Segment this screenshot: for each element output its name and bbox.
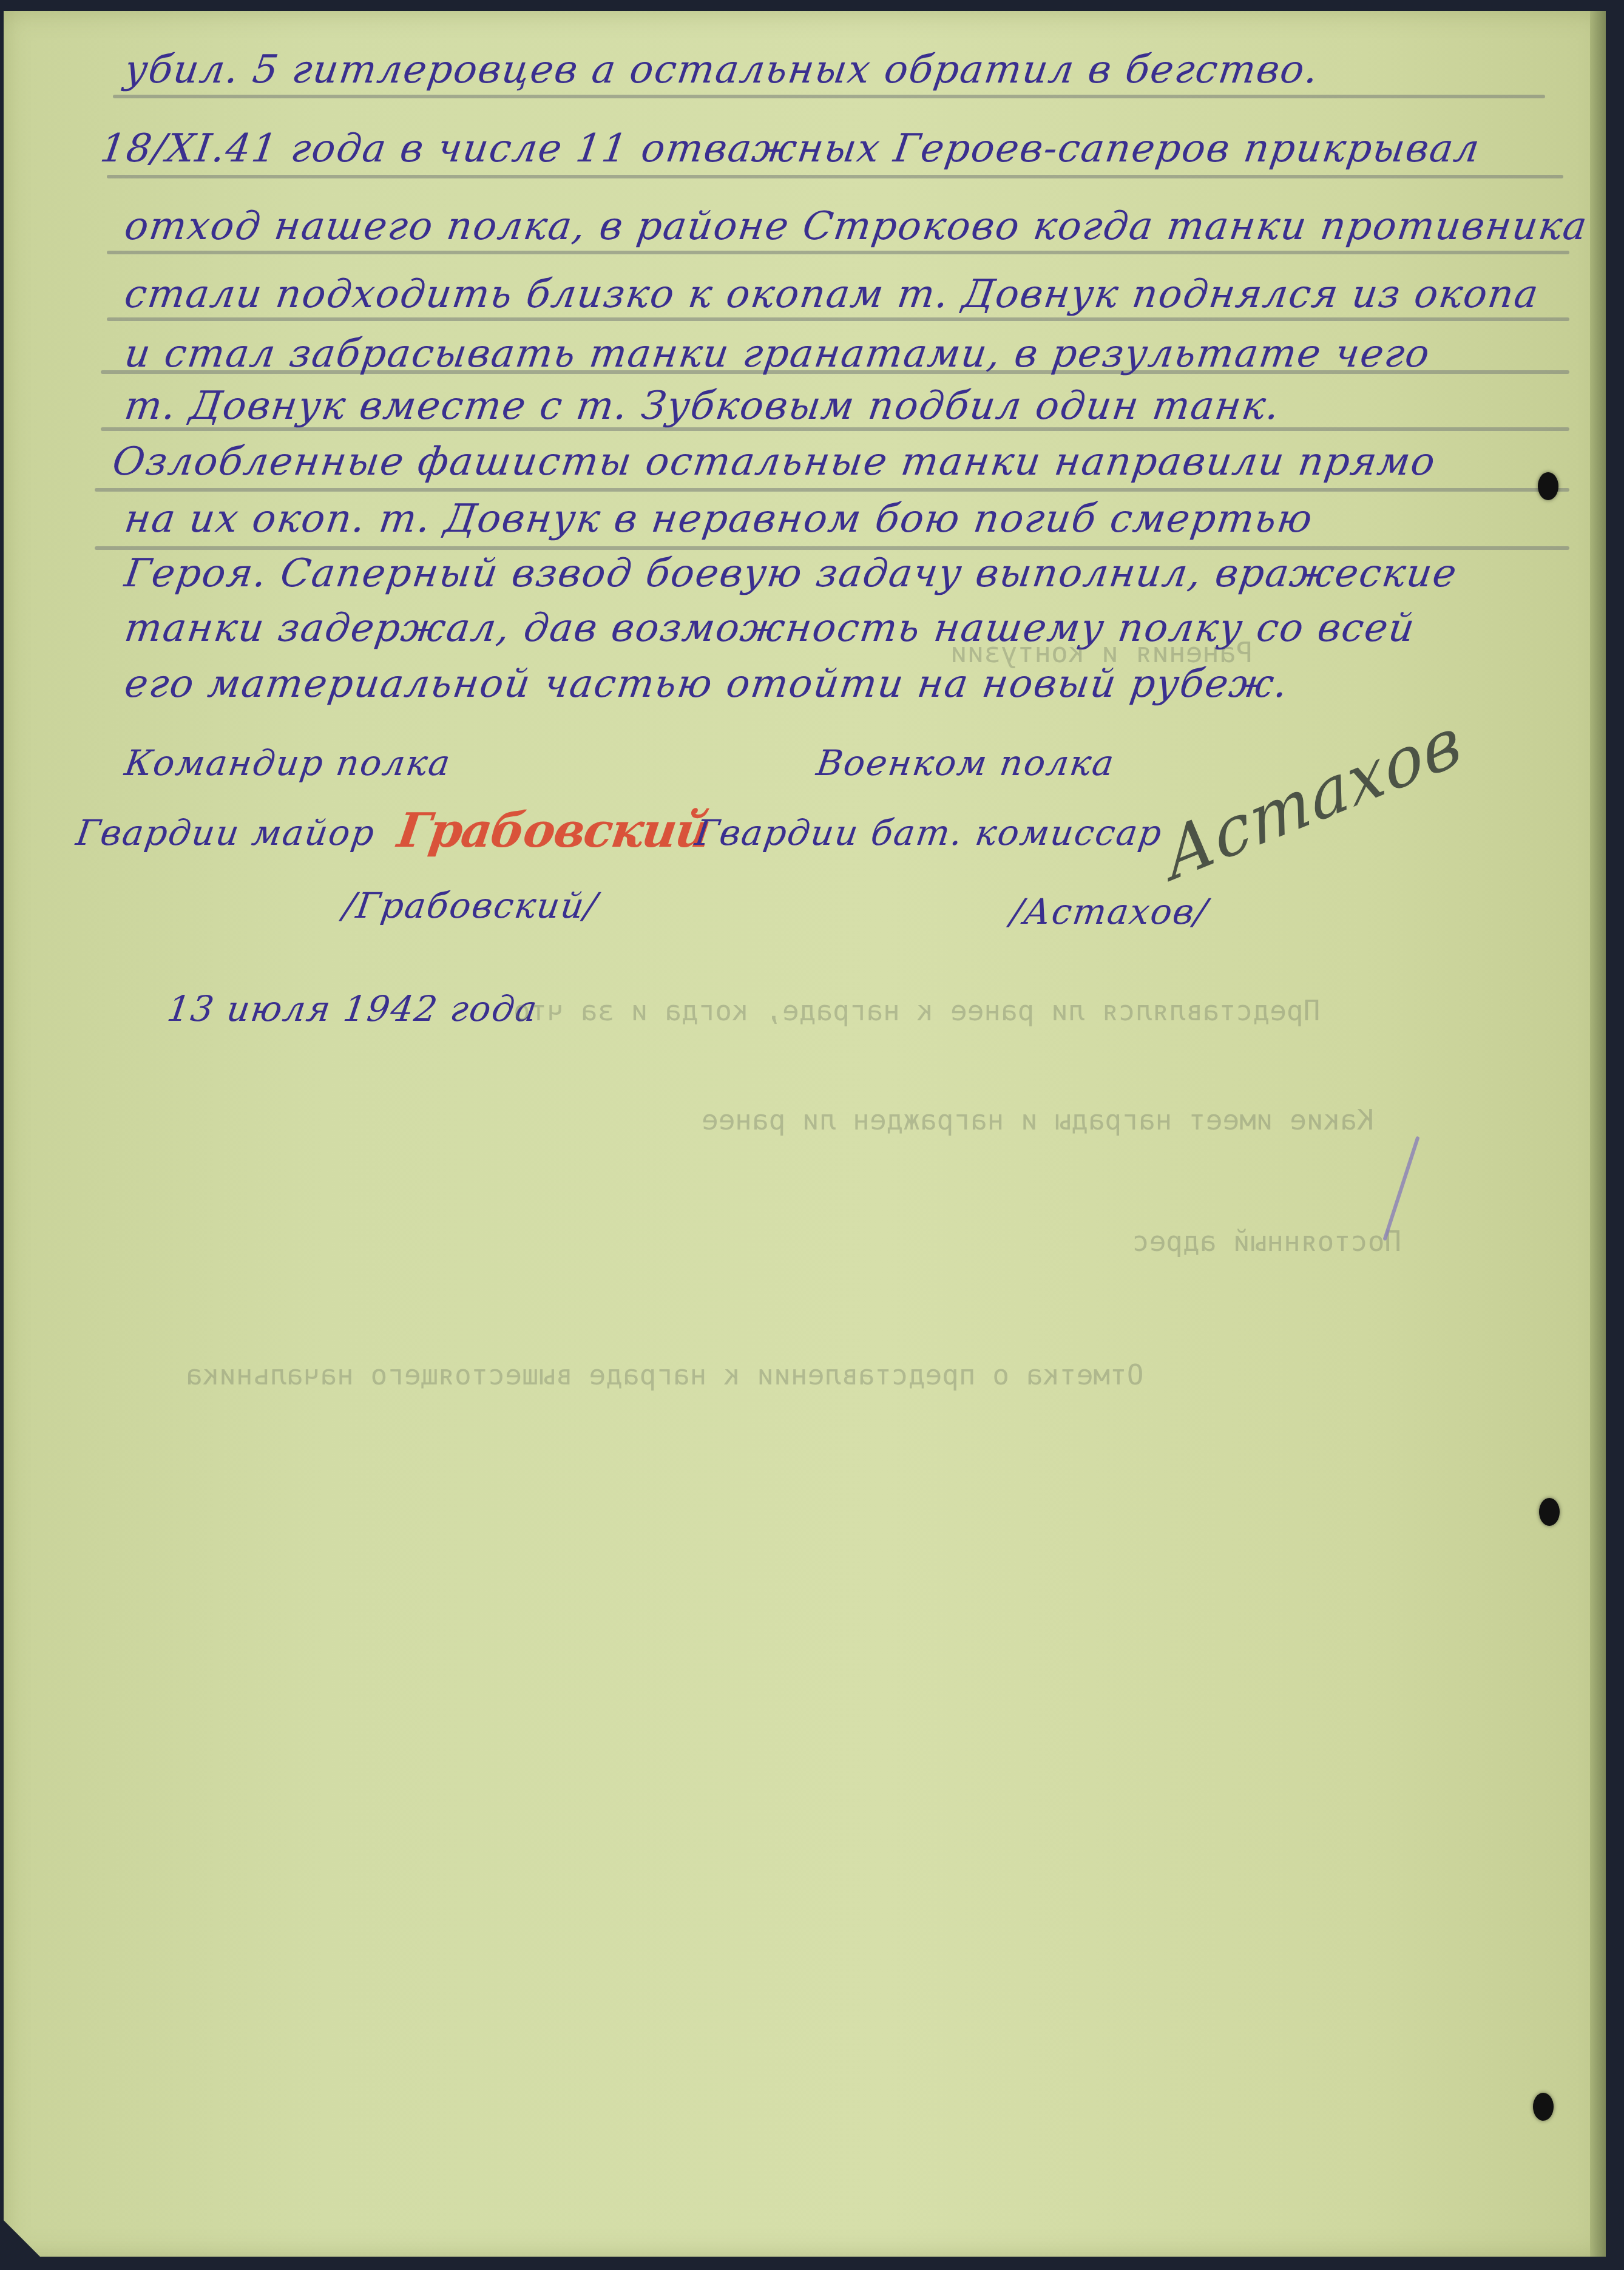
ruled-line	[107, 251, 1569, 254]
right-signature-grey: Астахов	[1159, 700, 1468, 896]
body-line-8: на их окоп. т. Довнук в неравном бою пог…	[122, 496, 1316, 541]
punch-hole	[1533, 2093, 1554, 2121]
ruled-line	[107, 317, 1569, 321]
body-line-3: отход нашего полка, в районе Строково ко…	[122, 204, 1591, 249]
body-line-7: Озлобленные фашисты остальные танки напр…	[110, 439, 1439, 484]
punch-hole	[1538, 472, 1558, 500]
left-signer-title: Командир полка	[122, 742, 453, 784]
body-line-2: 18/XI.41 года в числе 11 отважных Героев…	[98, 126, 1483, 171]
bleed-through-text: Какие имеет награды и награжден ли ранее	[702, 1103, 1374, 1136]
body-line-1: убил. 5 гитлеровцев а остальных обратил …	[122, 47, 1322, 92]
bleed-through-text: Ранения и контузии	[950, 636, 1253, 669]
ruled-line	[113, 95, 1545, 98]
bleed-through-text: Отметка о представлении к награде вышест…	[186, 1358, 1144, 1391]
body-line-5: и стал забрасывать танки гранатами, в ре…	[122, 331, 1433, 376]
left-signer-name: /Грабовский/	[340, 885, 601, 926]
right-signer-name: /Астахов/	[1008, 891, 1211, 932]
page-edge	[1590, 11, 1606, 2257]
bleed-through-text: Представлялся ли ранее к награде, когда …	[513, 994, 1320, 1027]
ruled-line	[107, 175, 1563, 178]
left-signer-rank: Гвардии майор	[73, 812, 377, 853]
body-line-4: стали подходить близко к окопам т. Довну…	[122, 272, 1542, 317]
bleed-through-text: Постоянный адрес	[1132, 1225, 1401, 1258]
punch-hole	[1539, 1498, 1560, 1526]
document-date: 13 июля 1942 года	[164, 988, 541, 1029]
ruled-line	[95, 546, 1569, 550]
right-signer-title: Военком полка	[814, 742, 1117, 784]
document-page: убил. 5 гитлеровцев а остальных обратил …	[4, 11, 1606, 2257]
ruled-line	[95, 488, 1569, 492]
right-signer-rank: Гвардии бат. комиссар	[692, 812, 1165, 853]
left-signature-red: Грабовский	[394, 803, 713, 858]
body-line-9: Героя. Саперный взвод боевую задачу выпо…	[122, 551, 1461, 596]
body-line-6: т. Довнук вместе с т. Зубковым подбил од…	[122, 384, 1284, 429]
